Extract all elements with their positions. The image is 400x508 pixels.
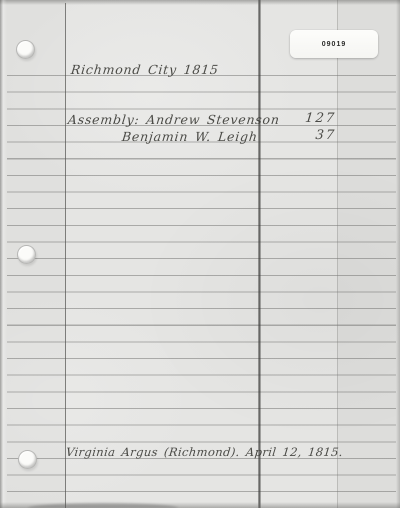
page-top-edge <box>0 0 400 5</box>
punch-hole-middle <box>17 245 36 264</box>
punch-hole-bottom <box>18 450 37 469</box>
page-left-edge <box>0 0 7 508</box>
candidate-name-2: Benjamin W. Leigh <box>121 129 258 144</box>
scanned-ledger-page: 09019 Richmond City 1815 Assembly: Andre… <box>0 0 400 508</box>
page-right-edge <box>396 0 400 508</box>
tally-row-1: Assembly: Andrew Stevenson <box>67 112 280 127</box>
catalog-number-text: 09019 <box>322 41 346 48</box>
source-citation: Virginia Argus (Richmond). April 12, 181… <box>65 445 343 459</box>
right-column-line <box>337 0 338 508</box>
vote-count-1: 127 <box>291 111 337 126</box>
left-margin-line <box>65 3 66 508</box>
page-heading: Richmond City 1815 <box>70 62 219 77</box>
catalog-number-label: 09019 <box>290 30 378 58</box>
tally-category-label: Assembly: <box>67 112 140 127</box>
bottom-edge-smudge <box>28 503 178 508</box>
vote-count-2: 37 <box>291 128 337 143</box>
center-fold-line <box>258 0 261 508</box>
punch-hole-top <box>16 40 35 59</box>
candidate-name-1: Andrew Stevenson <box>146 112 281 127</box>
